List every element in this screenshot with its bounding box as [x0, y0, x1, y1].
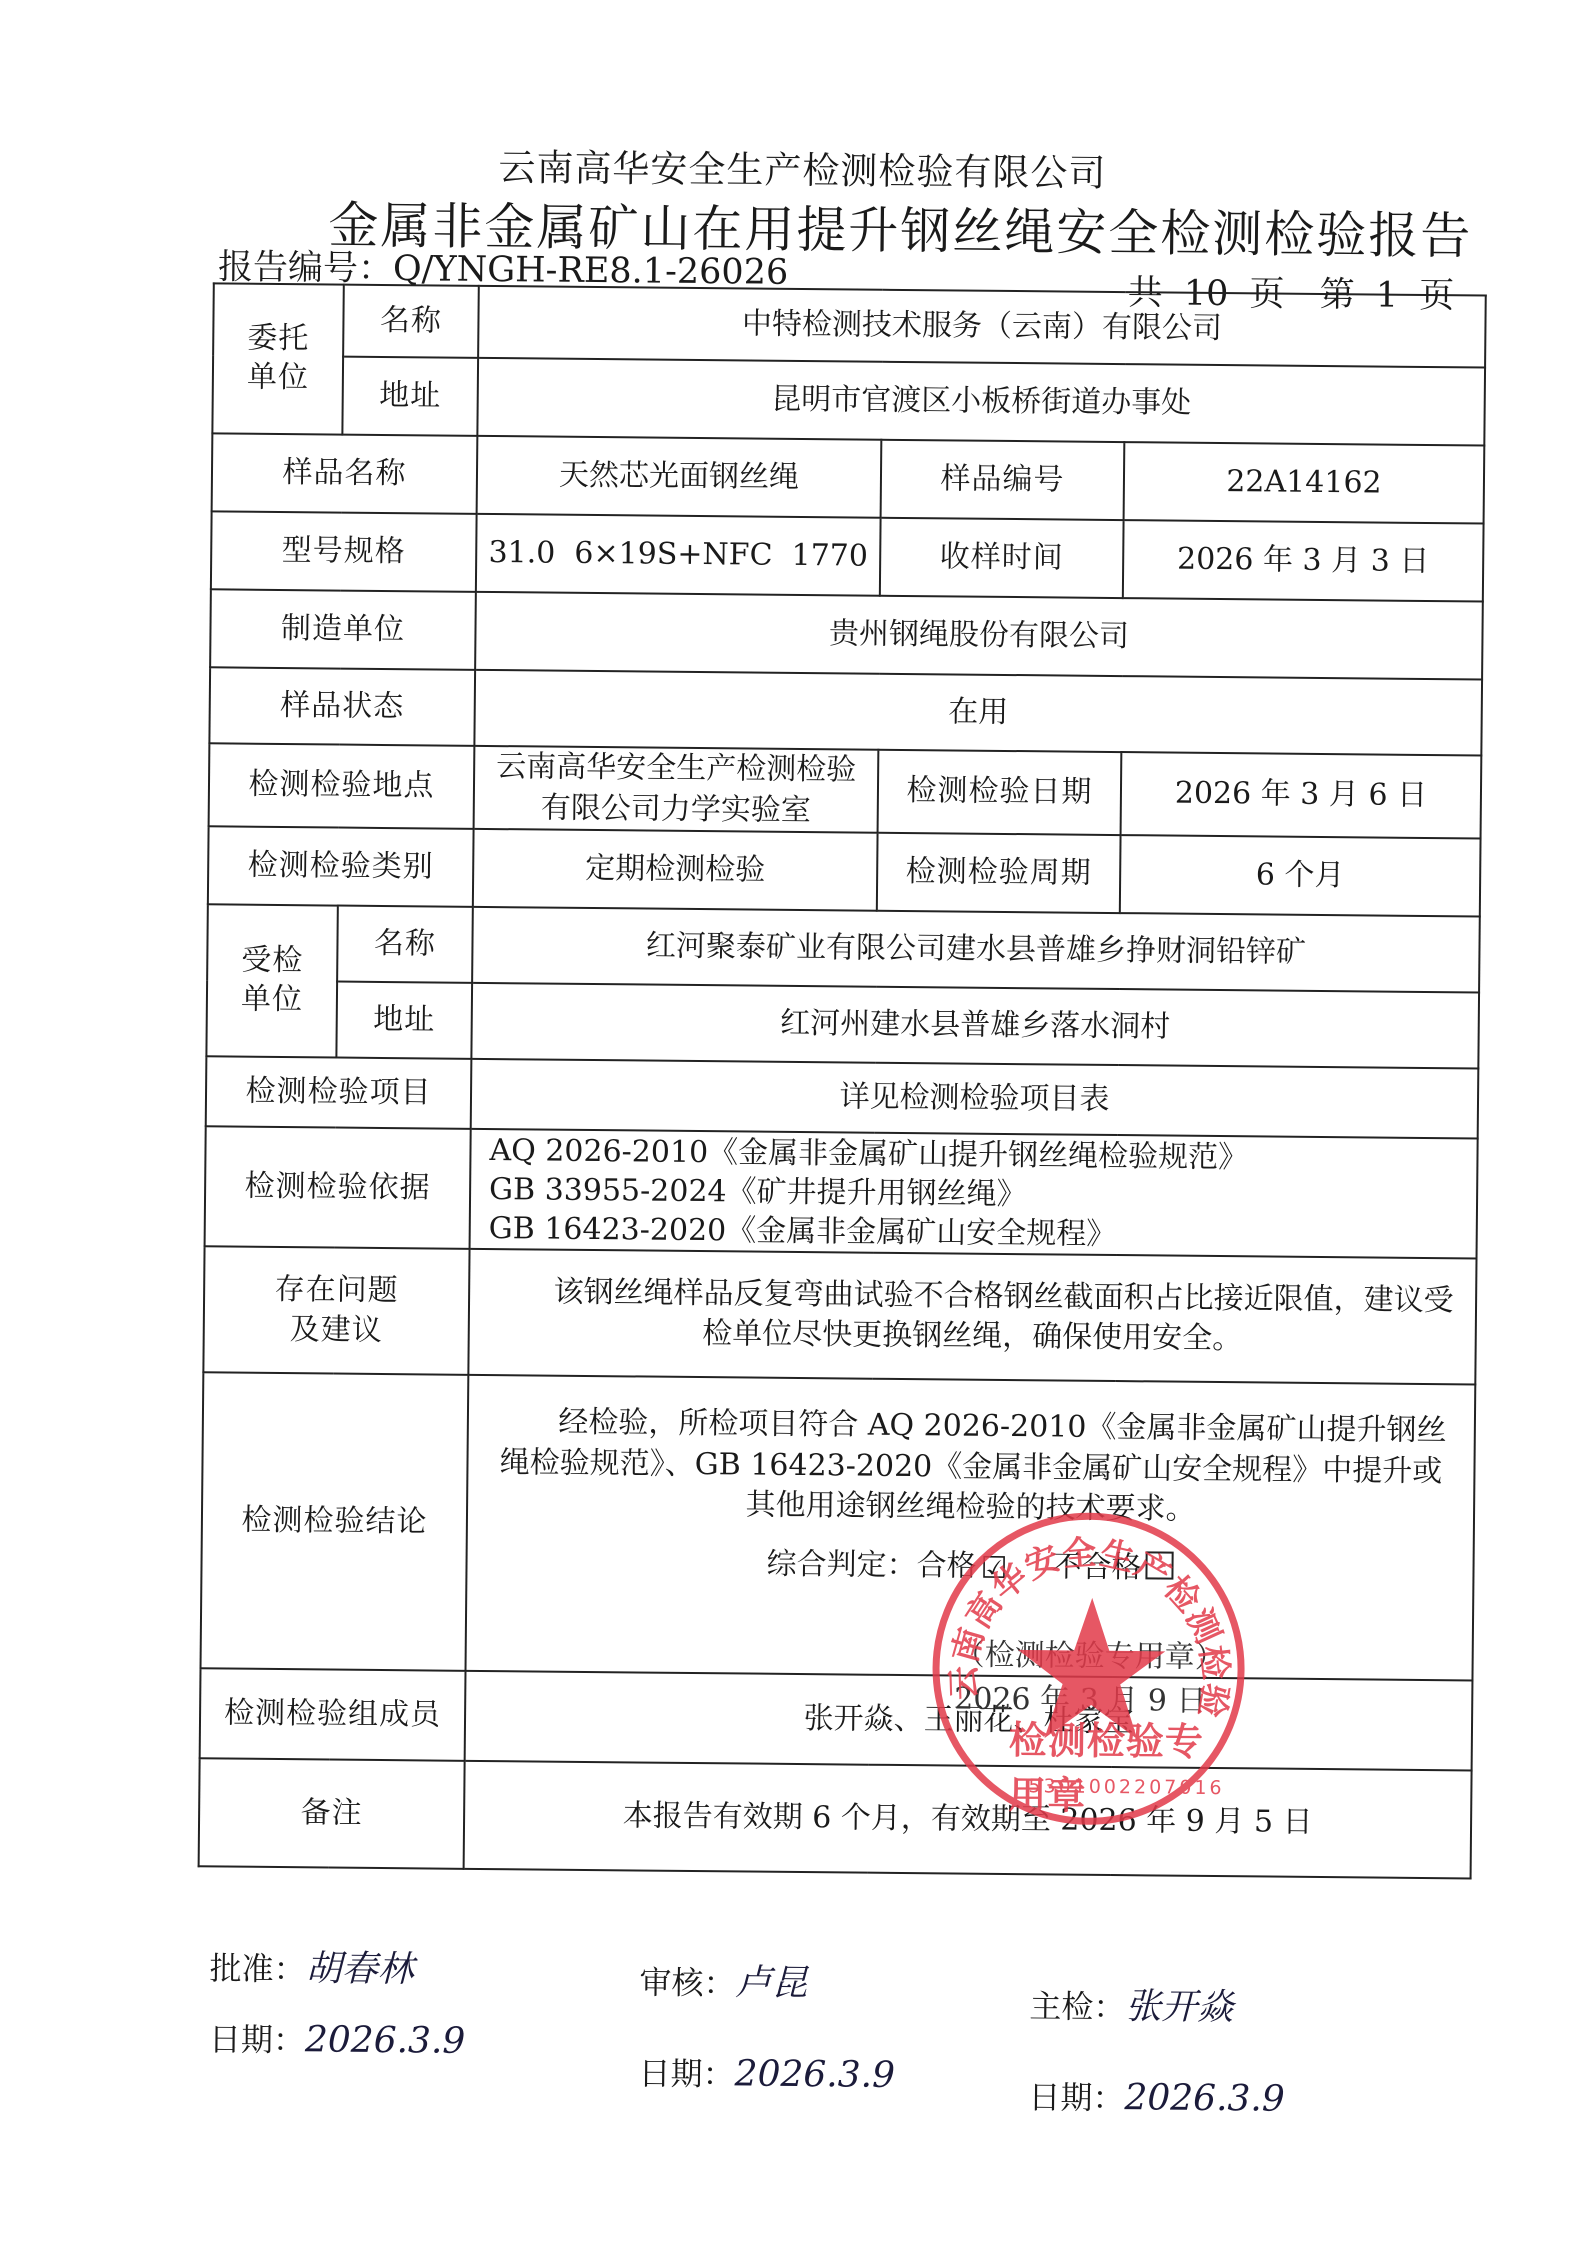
inspection-type: 定期检测检验 [473, 829, 878, 911]
sample-no-label: 样品编号 [881, 440, 1125, 520]
issues-text: 该钢丝绳样品反复弯曲试验不合格钢丝截面积占比接近限值，建议受检单位尽快更换钢丝绳… [468, 1249, 1476, 1385]
inspected-name: 红河聚泰矿业有限公司建水县普雄乡挣财洞铅锌矿 [472, 907, 1480, 993]
inspection-place: 云南高华安全生产检测检验有限公司力学实验室 [474, 746, 879, 833]
client-address-label: 地址 [342, 357, 478, 436]
lead-block: 主检：张开焱 [1029, 1977, 1234, 2030]
received-label: 收样时间 [880, 518, 1124, 598]
model-label: 型号规格 [211, 511, 477, 592]
items-value: 详见检测检验项目表 [471, 1059, 1479, 1139]
client-name-label: 名称 [343, 285, 479, 358]
approve-date-block: 日期：2026.3.9 [209, 2014, 466, 2062]
basis-list: AQ 2026-2010《金属非金属矿山提升钢丝绳检验规范》 GB 33955-… [470, 1129, 1478, 1259]
maker-label: 制造单位 [210, 589, 476, 670]
client-name: 中特检测技术服务（云南）有限公司 [478, 286, 1486, 368]
lead-date: 2026.3.9 [1124, 2077, 1285, 2120]
client-group-label: 委托单位 [212, 283, 343, 434]
review-signature: 卢昆 [735, 1962, 807, 2004]
sample-name: 天然芯光面钢丝绳 [477, 436, 882, 518]
sample-state: 在用 [474, 670, 1482, 756]
place-label: 检测检验地点 [209, 743, 475, 829]
conclusion-text: 经检验，所检项目符合 AQ 2026-2010《金属非金属矿山提升钢丝绳检验规范… [486, 1402, 1456, 1533]
report-table: 委托单位 名称 中特检测技术服务（云南）有限公司 地址 昆明市官渡区小板桥街道办… [198, 282, 1487, 1879]
issues-label: 存在问题及建议 [203, 1246, 469, 1375]
report-page: 云南高华安全生产检测检验有限公司 金属非金属矿山在用提升钢丝绳安全检测检验报告 … [0, 0, 1587, 2244]
review-block: 审核：卢昆 [639, 1954, 808, 2007]
type-label: 检测检验类别 [208, 826, 474, 907]
approve-signature: 胡春林 [305, 1948, 413, 1990]
items-label: 检测检验项目 [206, 1056, 472, 1129]
inspection-period: 6 个月 [1120, 835, 1481, 916]
received-date: 2026 年 3 月 3 日 [1123, 520, 1484, 601]
basis-label: 检测检验依据 [205, 1126, 471, 1249]
inspected-address-label: 地址 [336, 982, 472, 1059]
approve-date: 2026.3.9 [305, 2019, 466, 2062]
lead-date-block: 日期：2026.3.9 [1028, 2072, 1285, 2120]
stamp-code: 5301002207016 [1028, 1775, 1224, 1799]
lead-signature: 张开焱 [1125, 1986, 1233, 2028]
review-date: 2026.3.9 [734, 2053, 895, 2096]
date-label: 检测检验日期 [878, 750, 1122, 835]
sample-no: 22A14162 [1124, 442, 1485, 523]
review-date-block: 日期：2026.3.9 [638, 2048, 895, 2096]
sample-name-label: 样品名称 [212, 433, 478, 514]
team-label: 检测检验组成员 [200, 1668, 466, 1761]
approve-block: 批准：胡春林 [209, 1939, 414, 1992]
inspected-name-label: 名称 [337, 906, 473, 983]
stamp-center-text: 检测检验专用章 [1008, 1709, 1237, 1821]
period-label: 检测检验周期 [877, 833, 1121, 913]
model-spec: 31.0 6×19S+NFC 1770 [476, 514, 881, 596]
inspected-address: 红河州建水县普雄乡落水洞村 [471, 983, 1479, 1069]
maker: 贵州钢绳股份有限公司 [475, 592, 1483, 680]
remarks-label: 备注 [199, 1758, 465, 1869]
inspection-date: 2026 年 3 月 6 日 [1121, 752, 1482, 838]
official-stamp: 云南高华安全生产检测检验有限公司 检测检验专用章 5301002207016 [931, 1511, 1246, 1826]
inspected-group-label: 受检单位 [206, 904, 337, 1057]
state-label: 样品状态 [209, 667, 475, 746]
conclusion-label: 检测检验结论 [201, 1372, 469, 1671]
client-address: 昆明市官渡区小板桥街道办事处 [477, 358, 1485, 446]
